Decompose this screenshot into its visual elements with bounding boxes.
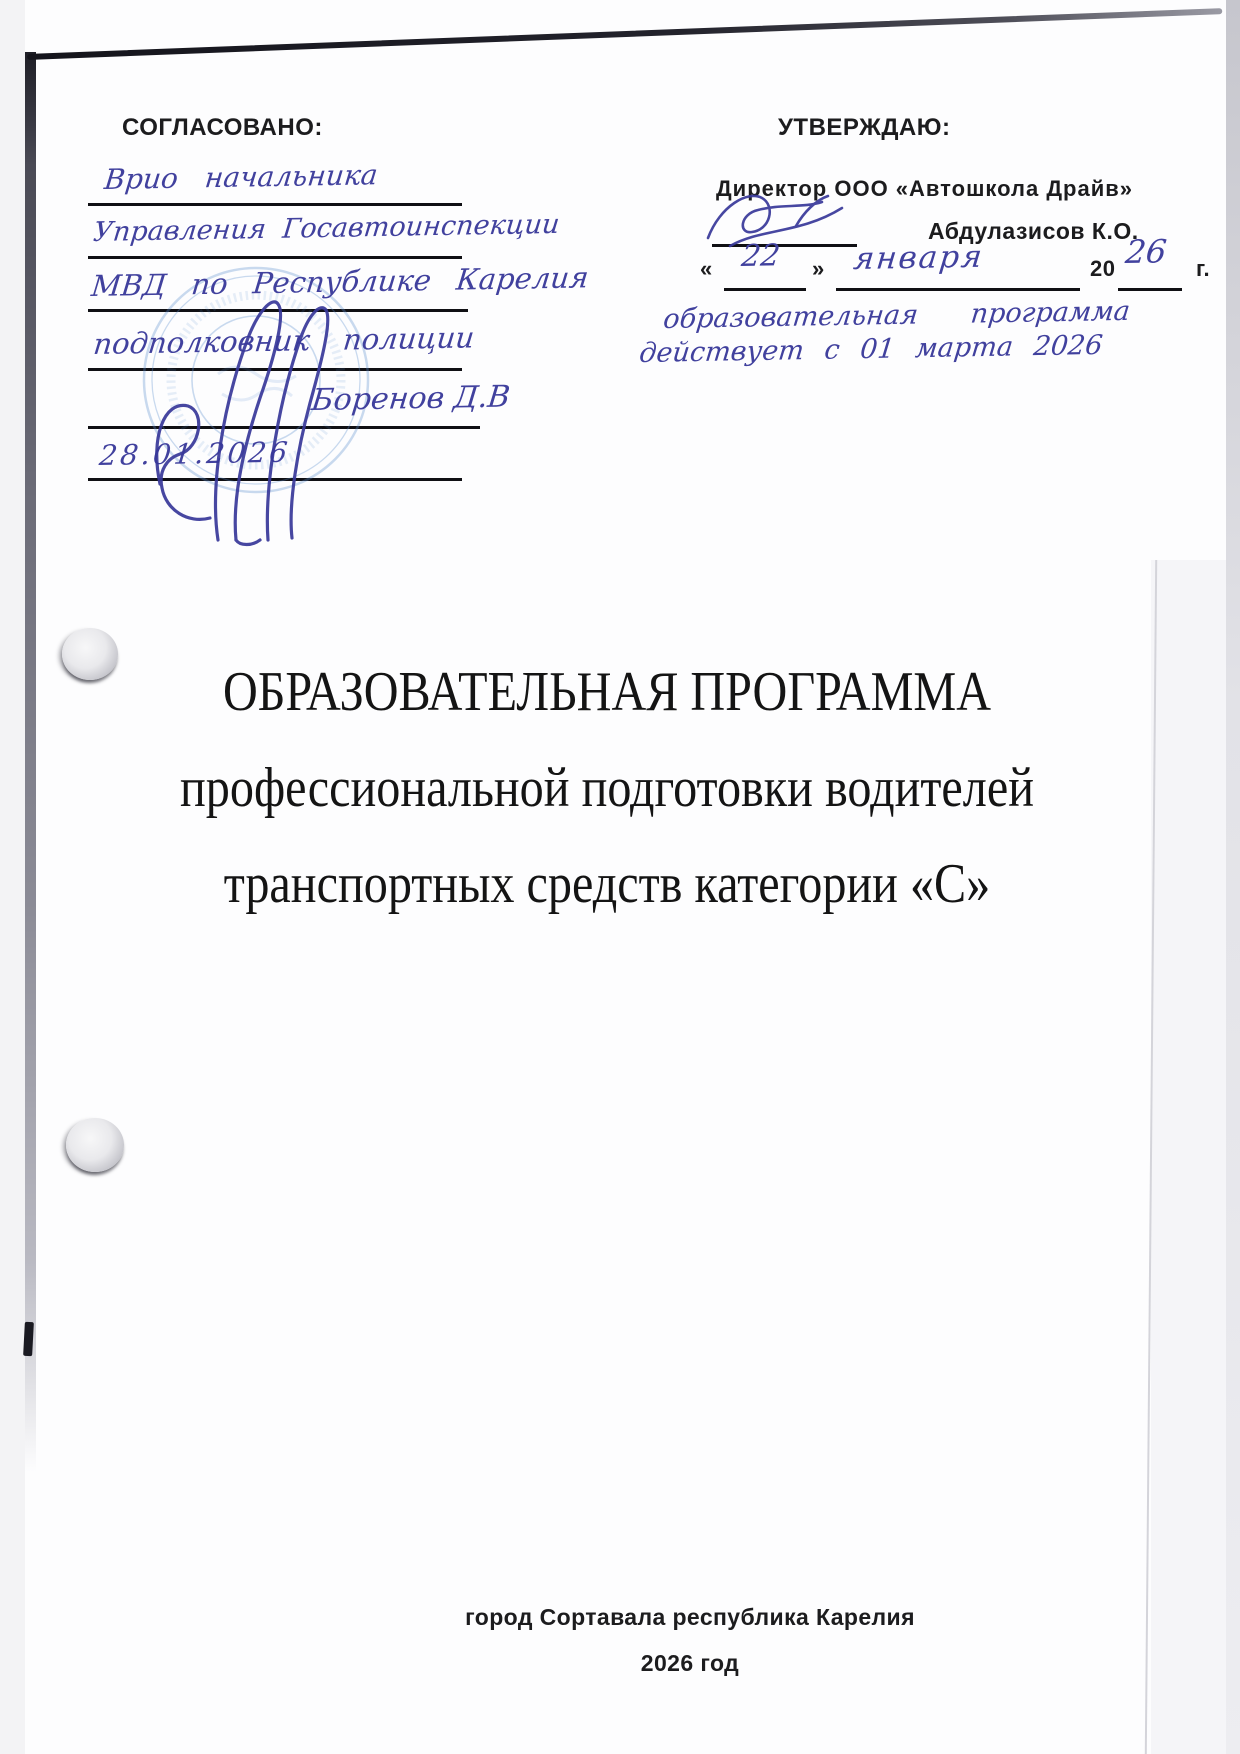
binder-hole <box>66 1118 124 1172</box>
scan-corner-mark <box>23 1322 34 1356</box>
binder-hole <box>62 628 118 680</box>
footer-city: город Сортавала республика Карелия <box>140 1606 1240 1629</box>
footer-year: 2026 год <box>140 1652 1240 1675</box>
footer-block: город Сортавала республика Карелия 2026 … <box>140 0 1240 1754</box>
page-edge-left <box>25 52 36 1472</box>
document-page: СОГЛАСОВАНО: Врио начальника Управления … <box>0 0 1240 1754</box>
scanner-margin <box>0 0 25 1754</box>
